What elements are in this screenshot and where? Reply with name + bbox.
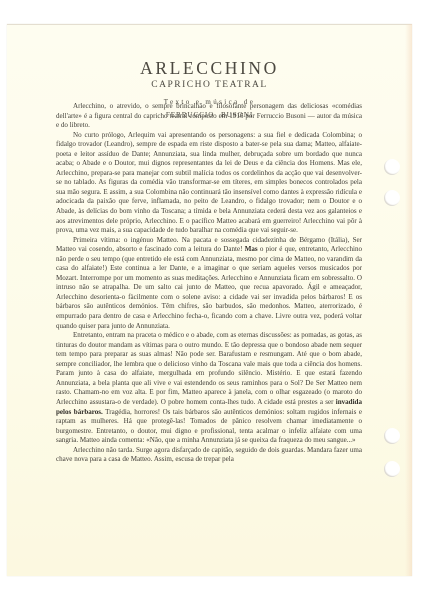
- body-text: Arlecchino, o atrevido, o sempre brincal…: [56, 102, 362, 465]
- punch-hole-icon: [384, 428, 400, 444]
- paragraph-intro: Arlecchino, o atrevido, o sempre brincal…: [56, 102, 362, 131]
- bold-word: Mas: [245, 245, 258, 253]
- document-subtitle: CAPRICHO TEATRAL: [7, 79, 412, 92]
- punch-hole-icon: [384, 461, 400, 477]
- paragraph-text: o pior é que, entretanto, Arlecchino não…: [56, 245, 362, 329]
- punch-hole-icon: [384, 159, 400, 175]
- paragraph-doctor-abbot: Entretanto, entram na praceta o médico e…: [56, 331, 362, 446]
- page-top-edge: [7, 24, 412, 25]
- paragraph-prologue: No curto prólogo, Arlequim vai apresenta…: [56, 131, 362, 236]
- paragraph-first-victim: Primeira vítima: o ingénuo Matteo. Na pa…: [56, 236, 362, 331]
- paragraph-arlecchino-returns: Arlecchino não tarda. Surge agora disfar…: [56, 446, 362, 465]
- paragraph-text: Tragédia, horrores! Os tais bárbaros são…: [56, 408, 362, 445]
- punch-hole-icon: [384, 190, 400, 206]
- document-title: ARLECCHINO: [7, 58, 412, 78]
- paragraph-text: Entretanto, entram na praceta o médico e…: [56, 331, 362, 406]
